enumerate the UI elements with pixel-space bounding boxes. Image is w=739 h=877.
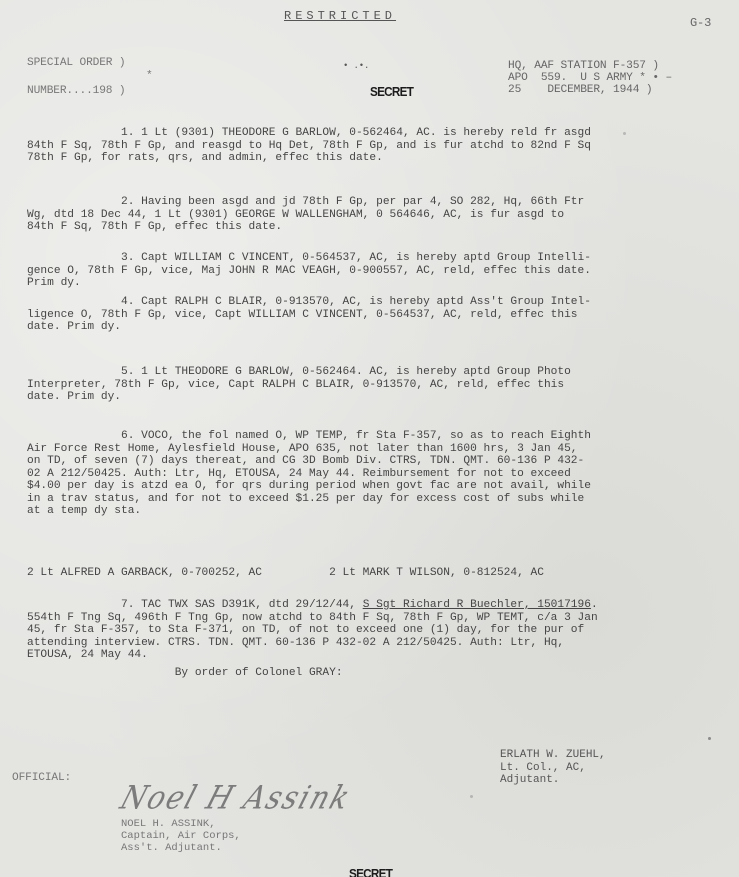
officer-names-list: 2 Lt ALFRED A GARBACK, 0-700252, AC 2 Lt… — [27, 567, 727, 580]
paragraph-6: 6. VOCO, the fol named O, WP TEMP, fr St… — [27, 430, 727, 518]
special-order-number: NUMBER....198 ) — [27, 85, 125, 98]
paragraph-7-prefix: 7. TAC TWX SAS D391K, dtd 29/12/44, — [27, 599, 363, 611]
paragraph-5: 5. 1 Lt THEODORE G BARLOW, 0-562464. AC,… — [27, 366, 727, 404]
paragraph-1: 1. 1 Lt (9301) THEODORE G BARLOW, 0-5624… — [27, 127, 727, 165]
order-asterisk: * — [146, 70, 153, 83]
stamp-marks: • .•. — [343, 60, 369, 73]
paragraph-7: 7. TAC TWX SAS D391K, dtd 29/12/44, S Sg… — [27, 599, 727, 662]
paragraph-3: 3. Capt WILLIAM C VINCENT, 0-564537, AC,… — [27, 252, 727, 290]
handwritten-signature: Noel H Assink — [116, 779, 356, 817]
paragraph-2: 2. Having been asgd and jd 78th F Gp, pe… — [27, 196, 727, 234]
document-page: RESTRICTED G-3 SPECIAL ORDER ) * NUMBER.… — [0, 0, 739, 877]
classification-header: RESTRICTED — [284, 10, 396, 23]
official-label: OFFICIAL: — [12, 772, 71, 785]
paragraph-7-underlined-name: S Sgt Richard R Buechler, 15017196 — [363, 599, 591, 611]
paragraph-4: 4. Capt RALPH C BLAIR, 0-913570, AC, is … — [27, 296, 727, 334]
date-line: 25 DECEMBER, 1944 ) — [508, 84, 652, 97]
special-order-label: SPECIAL ORDER ) — [27, 57, 125, 70]
paper-speck — [708, 737, 711, 740]
page-number: G-3 — [690, 17, 711, 30]
by-order-line: By order of Colonel GRAY: — [27, 667, 727, 680]
assistant-adjutant-signature-block: NOEL H. ASSINK, Captain, Air Corps, Ass'… — [121, 818, 241, 854]
secret-stamp-top: SECRET — [370, 84, 413, 99]
paper-speck — [623, 132, 626, 135]
paper-speck — [470, 795, 473, 798]
adjutant-signature-block: ERLATH W. ZUEHL, Lt. Col., AC, Adjutant. — [500, 749, 606, 787]
secret-stamp-bottom: SECRET — [349, 866, 392, 877]
